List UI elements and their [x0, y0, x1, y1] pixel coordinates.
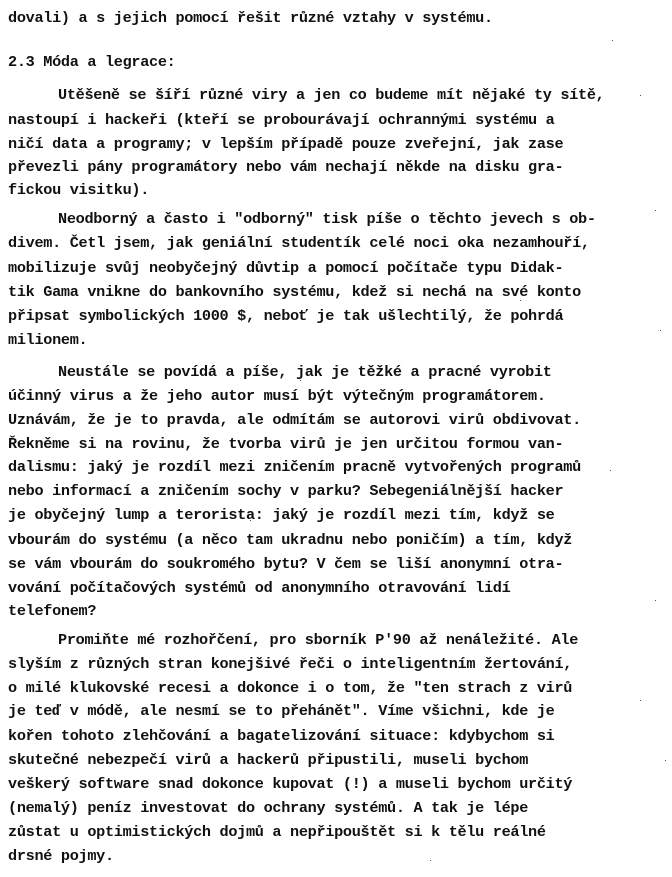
scan-noise-speck [665, 760, 666, 761]
scan-noise-speck [300, 380, 301, 381]
scan-noise-speck [520, 300, 521, 301]
scanned-document-page: dovali) a s jejich pomocí řešit různé vz… [0, 0, 672, 877]
text-line: skutečné nebezpečí virů a hackerů připus… [8, 750, 528, 770]
text-line: Neodborný a často i "odborný" tisk píše … [58, 209, 596, 229]
text-line: slyším z různých stran konejšivé řeči o … [8, 654, 572, 674]
scan-noise-speck [660, 330, 661, 331]
text-line: kořen tohoto zlehčování a bagatelizování… [8, 726, 554, 746]
text-line: Promiňte mé rozhořčení, pro sborník P'90… [58, 630, 578, 650]
text-line: (nemalý) peníz investovat do ochrany sys… [8, 798, 528, 818]
text-line: Řekněme si na rovinu, že tvorba virů je … [8, 434, 563, 454]
scan-noise-speck [640, 95, 641, 96]
text-line: Uznávám, že je to pravda, ale odmítám se… [8, 410, 581, 430]
text-line: telefonem? [8, 601, 96, 621]
scan-noise-speck [430, 860, 431, 861]
section-heading: 2.3 Móda a legrace: [8, 52, 175, 72]
text-line: dovali) a s jejich pomocí řešit různé vz… [8, 8, 493, 28]
text-line: připsat symbolických 1000 $, neboť je ta… [8, 306, 563, 326]
text-line: nebo informací a zničením sochy v parku?… [8, 481, 563, 501]
scan-noise-speck [655, 600, 656, 601]
text-line: milionem. [8, 330, 87, 350]
text-line: tik Gama vnikne do bankovního systému, k… [8, 282, 581, 302]
text-line: Neustále se povídá a píše, jak je těžké … [58, 362, 552, 382]
scan-noise-speck [250, 520, 251, 521]
scan-noise-speck [610, 470, 611, 471]
text-line: mobilizuje svůj neobyčejný důvtip a pomo… [8, 258, 563, 278]
text-line: dalismu: jaký je rozdíl mezi zničením pr… [8, 457, 581, 477]
text-line: se vám vbourám do soukromého bytu? V čem… [8, 554, 563, 574]
text-line: nastoupí i hackeři (kteří se probourávaj… [8, 110, 554, 130]
text-line: zůstat u optimistických dojmů a nepřipou… [8, 822, 546, 842]
text-line: ničí data a programy; v lepším případě p… [8, 134, 563, 154]
text-line: je teď v módě, ale nesmí se to přehánět"… [8, 701, 554, 721]
text-line: vování počítačových systémů od anonymníh… [8, 578, 510, 598]
scan-noise-speck [612, 40, 613, 41]
text-line: o milé klukovské recesi a dokonce i o to… [8, 678, 572, 698]
text-line: Utěšeně se šíří různé viry a jen co bude… [58, 85, 604, 105]
text-line: fickou visitku). [8, 180, 149, 200]
scan-noise-speck [655, 210, 656, 211]
text-line: je obyčejný lump a terorista: jaký je ro… [8, 505, 554, 525]
text-line: veškerý software snad dokonce kupovat (!… [8, 774, 572, 794]
scan-noise-speck [640, 700, 641, 701]
text-line: převezli pány programátory nebo vám nech… [8, 157, 563, 177]
text-line: drsné pojmy. [8, 846, 114, 866]
text-line: účinný virus a že jeho autor musí být vý… [8, 386, 546, 406]
text-line: vbourám do systému (a něco tam ukradnu n… [8, 530, 572, 550]
text-line: divem. Četl jsem, jak geniální studentík… [8, 233, 590, 253]
